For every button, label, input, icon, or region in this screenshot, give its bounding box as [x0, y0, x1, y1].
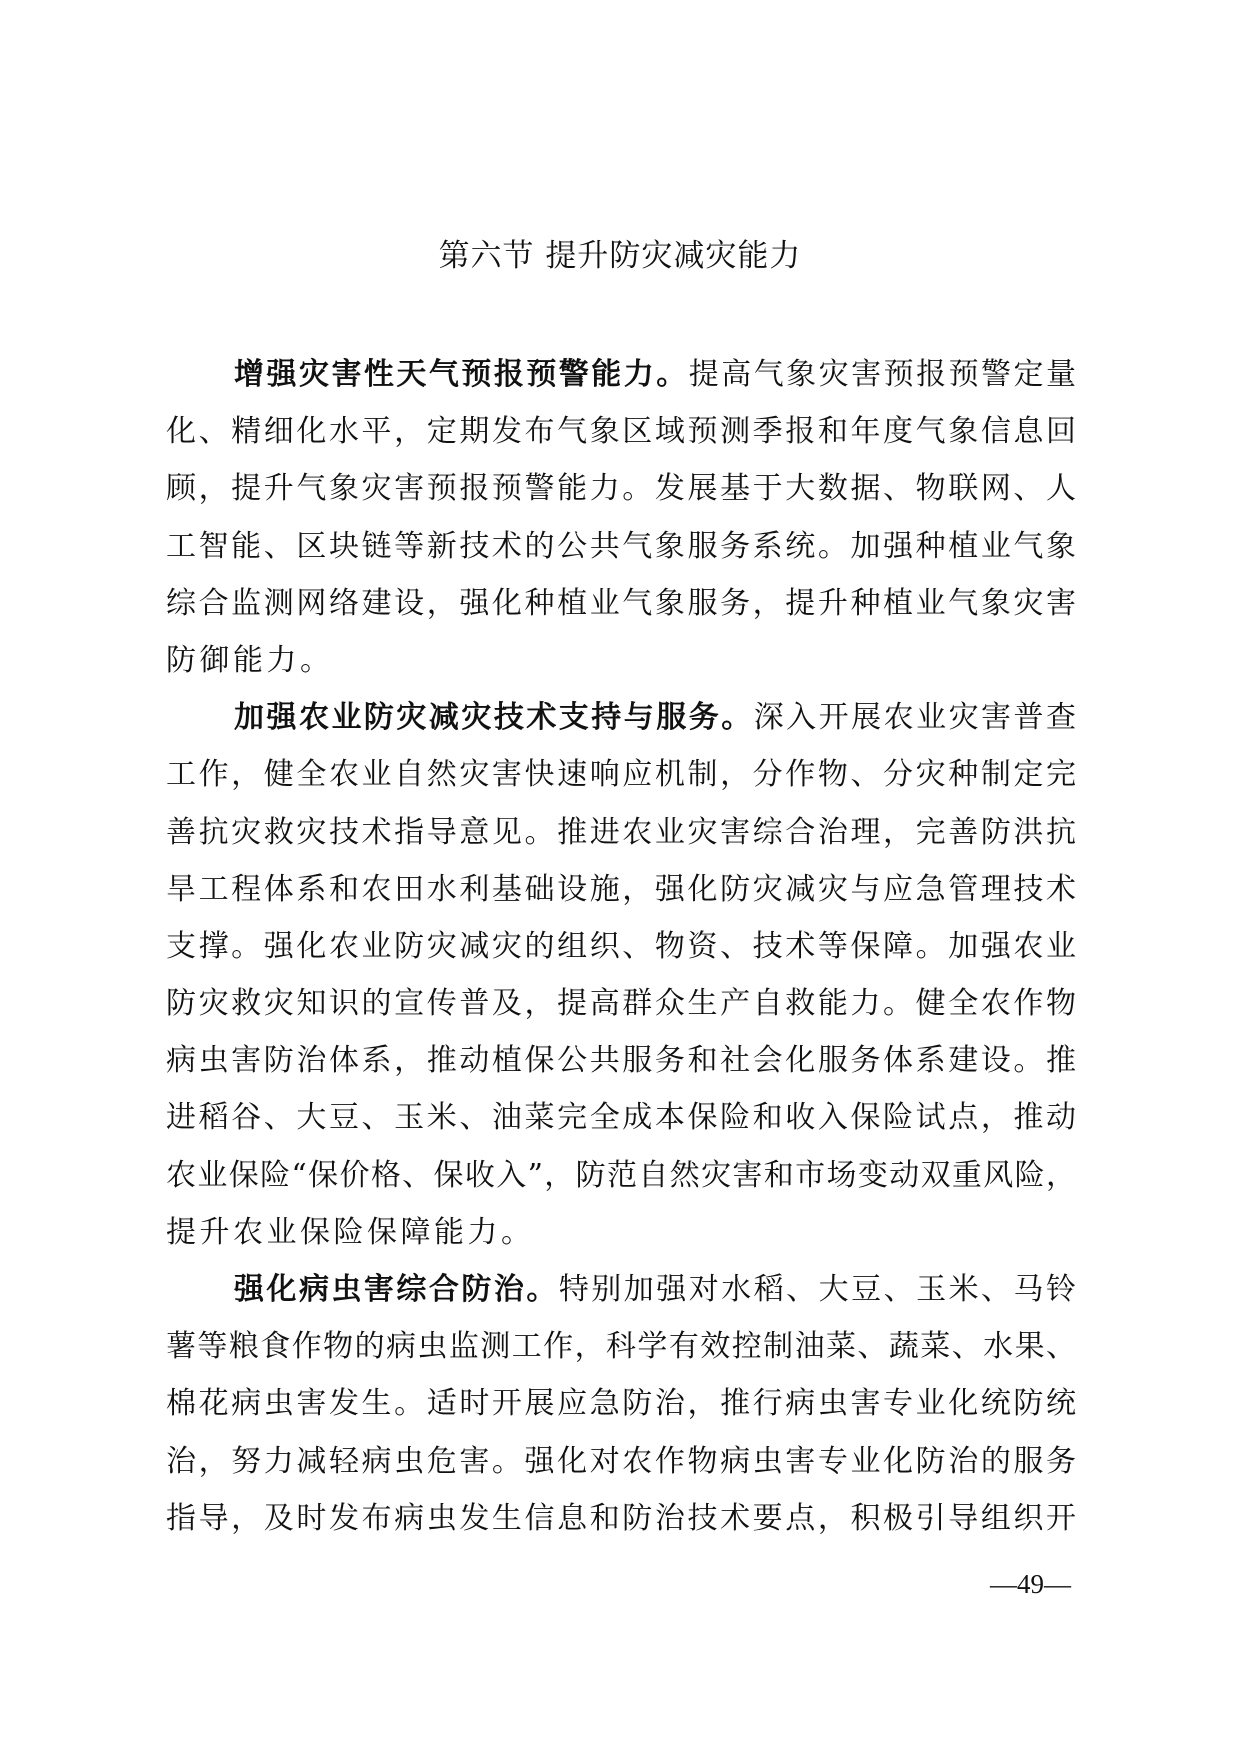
- paragraph-2-line-1: 加强农业防灾减灾技术支持与服务。深入开展农业灾害普查: [166, 689, 1076, 746]
- paragraph-2-line-4: 旱工程体系和农田水利基础设施，强化防灾减灾与应急管理技术: [166, 861, 1076, 918]
- paragraph-3-line-2: 薯等粮食作物的病虫监测工作，科学有效控制油菜、蔬菜、水果、: [166, 1318, 1076, 1375]
- paragraph-2-line-3: 善抗灾救灾技术指导意见。推进农业灾害综合治理，完善防洪抗: [166, 804, 1076, 861]
- paragraph-2-text: 深入开展农业灾害普查: [754, 700, 1076, 735]
- paragraph-3-line-1: 强化病虫害综合防治。特别加强对水稻、大豆、玉米、马铃: [166, 1261, 1076, 1318]
- paragraph-3-line-3: 棉花病虫害发生。适时开展应急防治，推行病虫害专业化统防统: [166, 1375, 1076, 1432]
- paragraph-1-line-3: 顾，提升气象灾害预报预警能力。发展基于大数据、物联网、人: [166, 460, 1076, 517]
- paragraph-1-line-4: 工智能、区块链等新技术的公共气象服务系统。加强种植业气象: [166, 518, 1076, 575]
- document-page: 第六节 提升防灾减灾能力 增强灾害性天气预报预警能力。提高气象灾害预报预警定量 …: [0, 0, 1240, 1754]
- paragraph-1-text: 提高气象灾害预报预警定量: [689, 357, 1076, 392]
- paragraph-2-line-2: 工作，健全农业自然灾害快速响应机制，分作物、分灾种制定完: [166, 746, 1076, 803]
- paragraph-1-line-1: 增强灾害性天气预报预警能力。提高气象灾害预报预警定量: [166, 346, 1076, 403]
- page-number: —49—: [990, 1566, 1071, 1602]
- body-text: 增强灾害性天气预报预警能力。提高气象灾害预报预警定量 化、精细化水平，定期发布气…: [166, 346, 1076, 1547]
- paragraph-2-line-5: 支撑。强化农业防灾减灾的组织、物资、技术等保障。加强农业: [166, 918, 1076, 975]
- paragraph-3-lead: 强化病虫害综合防治。: [234, 1272, 559, 1307]
- paragraph-2-line-10: 提升农业保险保障能力。: [166, 1204, 1076, 1261]
- paragraph-1-line-6: 防御能力。: [166, 632, 1076, 689]
- paragraph-3-line-4: 治，努力减轻病虫危害。强化对农作物病虫害专业化防治的服务: [166, 1433, 1076, 1490]
- paragraph-3-text: 特别加强对水稻、大豆、玉米、马铃: [559, 1272, 1076, 1307]
- paragraph-1-lead: 增强灾害性天气预报预警能力。: [234, 357, 689, 392]
- paragraph-1-line-5: 综合监测网络建设，强化种植业气象服务，提升种植业气象灾害: [166, 575, 1076, 632]
- paragraph-1-line-2: 化、精细化水平，定期发布气象区域预测季报和年度气象信息回: [166, 403, 1076, 460]
- paragraph-2-line-8: 进稻谷、大豆、玉米、油菜完全成本保险和收入保险试点，推动: [166, 1089, 1076, 1146]
- paragraph-2-line-9: 农业保险“保价格、保收入”，防范自然灾害和市场变动双重风险，: [166, 1147, 1076, 1204]
- paragraph-2-line-6: 防灾救灾知识的宣传普及，提高群众生产自救能力。健全农作物: [166, 975, 1076, 1032]
- paragraph-2-line-7: 病虫害防治体系，推动植保公共服务和社会化服务体系建设。推: [166, 1032, 1076, 1089]
- paragraph-2-lead: 加强农业防灾减灾技术支持与服务。: [234, 700, 754, 735]
- section-title: 第六节 提升防灾减灾能力: [0, 232, 1240, 280]
- paragraph-3-line-5: 指导，及时发布病虫发生信息和防治技术要点，积极引导组织开: [166, 1490, 1076, 1547]
